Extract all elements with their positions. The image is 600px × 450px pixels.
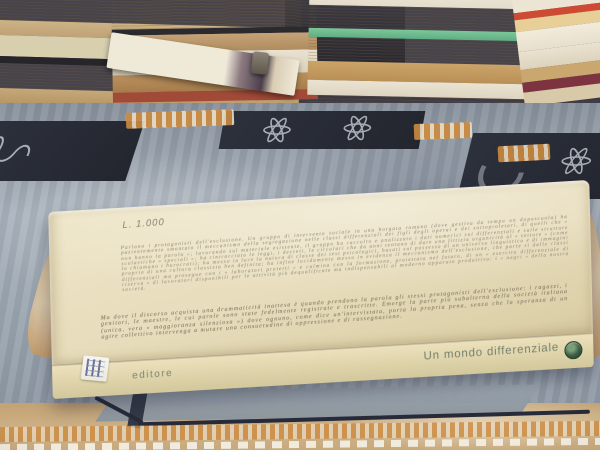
stacked-book [111, 0, 317, 30]
metal-clasp [251, 51, 269, 75]
carpet-orange-border [126, 109, 234, 129]
book: L. 1.000 Parlano i protagonisti dell'esc… [48, 180, 594, 398]
publisher-name: editore [132, 368, 173, 382]
carpet-navy-patch [219, 111, 426, 149]
photo-of-book-on-carpet: L. 1.000 Parlano i protagonisti dell'esc… [0, 0, 600, 450]
carpet-orange-border [498, 144, 551, 163]
blurb-paragraph-1: Parlano i protagonisti dell'esclusione. … [121, 215, 570, 294]
price-label: L. 1.000 [122, 217, 165, 231]
library-sticker [81, 355, 110, 381]
carpet-squiggle-motif [0, 121, 135, 181]
carpet-flower-motif [219, 111, 426, 149]
carpet-orange-border [414, 122, 473, 140]
spine-title: Un mondo differenziale [424, 341, 560, 362]
blurb-paragraph-2: Ma dove il discorso acquista una drammat… [101, 283, 569, 341]
sticker-marks [85, 359, 105, 378]
publisher-logo-icon [564, 341, 582, 360]
background-book-stack-far-right [512, 0, 600, 107]
carpet-navy-patch [0, 121, 145, 181]
